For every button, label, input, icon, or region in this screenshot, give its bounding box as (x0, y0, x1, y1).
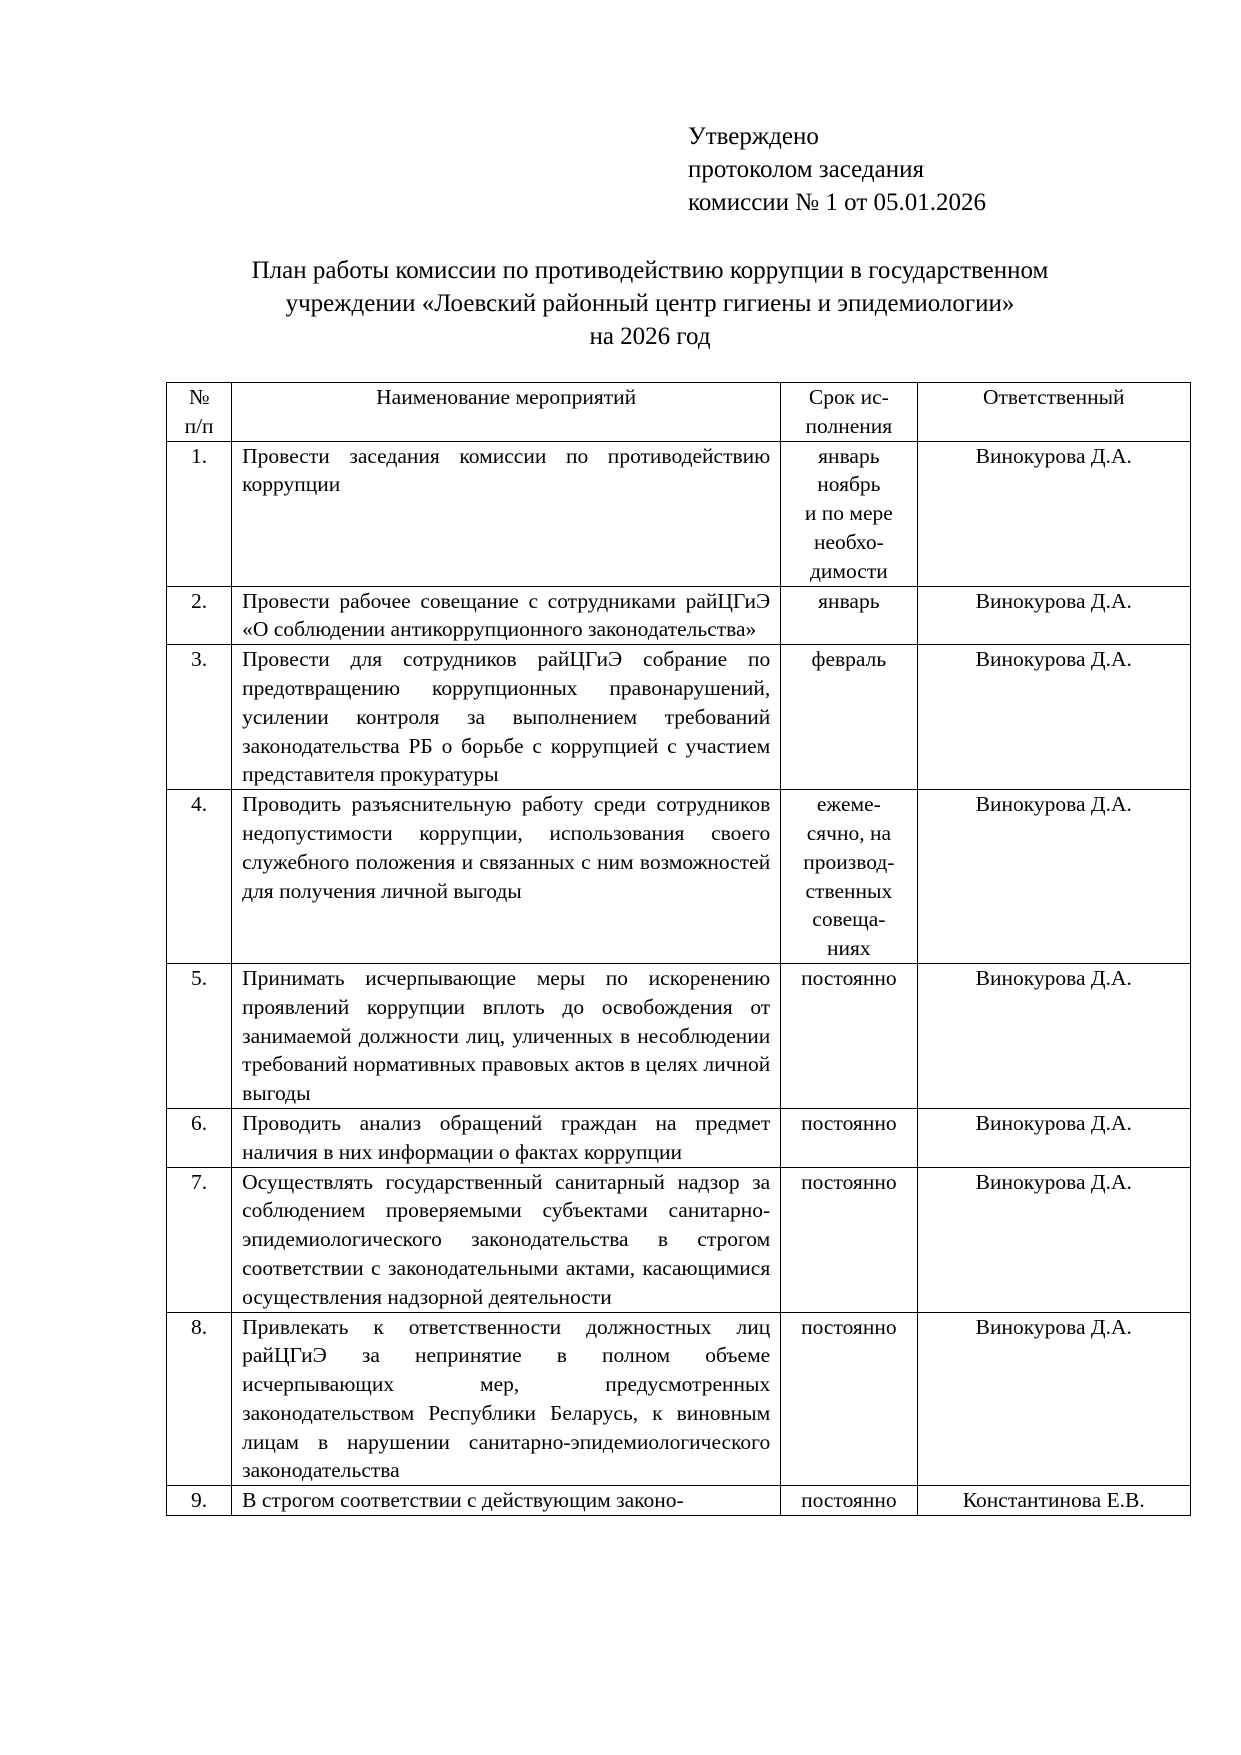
row-number: 2. (167, 586, 232, 645)
row-responsible: Винокурова Д.А. (917, 441, 1190, 586)
row-responsible: Винокурова Д.А. (917, 1167, 1190, 1312)
term-line: ниях (781, 934, 916, 963)
plan-table: № п/п Наименование мероприятий Срок ис- … (166, 382, 1191, 1516)
document-title: План работы комиссии по противодействию … (150, 254, 1150, 353)
row-responsible: Винокурова Д.А. (917, 790, 1190, 964)
table-row: 4.Проводить разъяснительную работу среди… (167, 790, 1191, 964)
row-activity: Привлекать к ответственности должностных… (232, 1312, 781, 1486)
term-line: постоянно (781, 1109, 916, 1138)
row-activity: Принимать исчерпывающие меры по искорене… (232, 963, 781, 1108)
term-line: ственных (781, 877, 916, 906)
row-responsible: Винокурова Д.А. (917, 1312, 1190, 1486)
row-number: 1. (167, 441, 232, 586)
row-number: 9. (167, 1486, 232, 1516)
row-number: 6. (167, 1108, 232, 1167)
row-activity: Провести заседания комиссии по противоде… (232, 441, 781, 586)
term-line: постоянно (781, 964, 916, 993)
row-number: 8. (167, 1312, 232, 1486)
title-line: План работы комиссии по противодействию … (150, 254, 1150, 287)
title-line: на 2026 год (150, 320, 1150, 353)
row-term: постоянно (781, 1108, 917, 1167)
term-line: постоянно (781, 1168, 916, 1197)
approval-block: Утверждено протоколом заседания комиссии… (688, 120, 986, 219)
row-term: постоянно (781, 1312, 917, 1486)
row-activity: Проводить анализ обращений граждан на пр… (232, 1108, 781, 1167)
approval-line: протоколом заседания (688, 153, 986, 186)
row-term: ежеме-сячно, напроизвод-ственныхсовеща-н… (781, 790, 917, 964)
row-number: 7. (167, 1167, 232, 1312)
header-name: Наименование мероприятий (232, 383, 781, 442)
row-responsible: Винокурова Д.А. (917, 645, 1190, 790)
term-line: постоянно (781, 1486, 916, 1515)
row-responsible: Винокурова Д.А. (917, 963, 1190, 1108)
table-row: 2.Провести рабочее совещание с сотрудник… (167, 586, 1191, 645)
row-activity: Проводить разъяснительную работу среди с… (232, 790, 781, 964)
table-row: 3.Провести для сотрудников райЦГиЭ собра… (167, 645, 1191, 790)
row-number: 3. (167, 645, 232, 790)
term-line: и по мере (781, 499, 916, 528)
row-number: 5. (167, 963, 232, 1108)
row-term: постоянно (781, 1167, 917, 1312)
term-line: необхо- (781, 528, 916, 557)
row-activity: Провести для сотрудников райЦГиЭ собрани… (232, 645, 781, 790)
term-line: ноябрь (781, 470, 916, 499)
row-number: 4. (167, 790, 232, 964)
term-line: январь (781, 442, 916, 471)
term-line: постоянно (781, 1313, 916, 1342)
approval-line: Утверждено (688, 120, 986, 153)
row-term: январьноябрьи по меренеобхо-димости (781, 441, 917, 586)
row-activity: В строгом соответствии с действующим зак… (232, 1486, 781, 1516)
term-line: производ- (781, 848, 916, 877)
term-line: димости (781, 557, 916, 586)
table-row: 7.Осуществлять государственный санитарны… (167, 1167, 1191, 1312)
table-header-row: № п/п Наименование мероприятий Срок ис- … (167, 383, 1191, 442)
header-num: № п/п (167, 383, 232, 442)
row-term: февраль (781, 645, 917, 790)
row-responsible: Константинова Е.В. (917, 1486, 1190, 1516)
header-responsible: Ответственный (917, 383, 1190, 442)
term-line: январь (781, 587, 916, 616)
term-line: ежеме- (781, 790, 916, 819)
row-term: постоянно (781, 1486, 917, 1516)
row-activity: Провести рабочее совещание с сотрудникам… (232, 586, 781, 645)
approval-line: комиссии № 1 от 05.01.2026 (688, 186, 986, 219)
table-row: 9.В строгом соответствии с действующим з… (167, 1486, 1191, 1516)
row-responsible: Винокурова Д.А. (917, 586, 1190, 645)
table-row: 8.Привлекать к ответственности должностн… (167, 1312, 1191, 1486)
row-activity: Осуществлять государственный санитарный … (232, 1167, 781, 1312)
table-row: 6.Проводить анализ обращений граждан на … (167, 1108, 1191, 1167)
header-term: Срок ис- полнения (781, 383, 917, 442)
term-line: сячно, на (781, 819, 916, 848)
title-line: учреждении «Лоевский районный центр гиги… (150, 287, 1150, 320)
table-row: 5.Принимать исчерпывающие меры по искоре… (167, 963, 1191, 1108)
row-term: январь (781, 586, 917, 645)
row-term: постоянно (781, 963, 917, 1108)
term-line: совеща- (781, 905, 916, 934)
table-row: 1.Провести заседания комиссии по противо… (167, 441, 1191, 586)
row-responsible: Винокурова Д.А. (917, 1108, 1190, 1167)
term-line: февраль (781, 645, 916, 674)
